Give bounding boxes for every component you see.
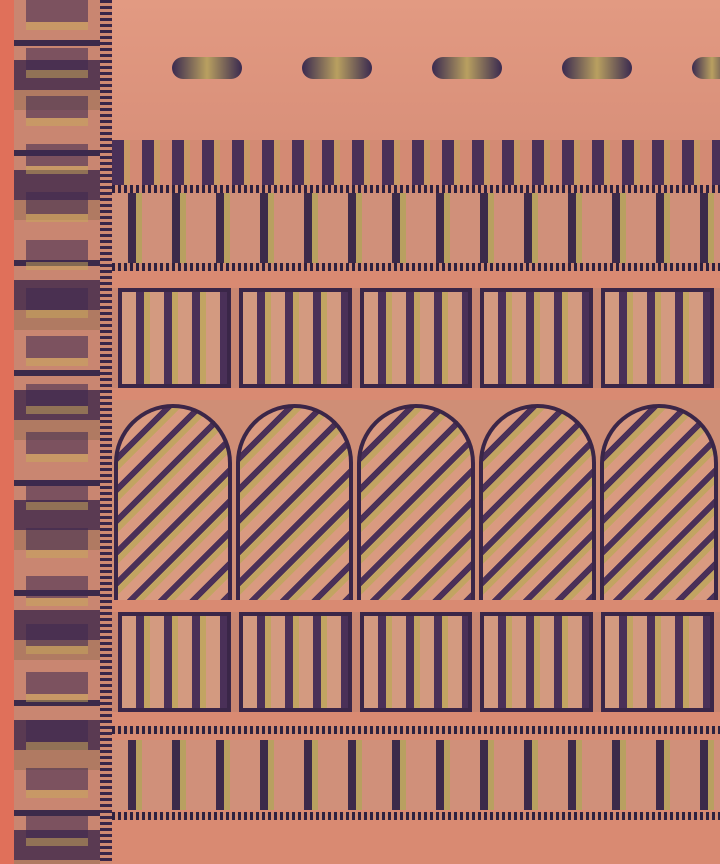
rule — [112, 812, 720, 820]
panel — [480, 612, 593, 712]
motif — [172, 57, 242, 79]
rule — [112, 726, 720, 734]
panel — [118, 288, 231, 388]
motif — [432, 57, 502, 79]
arch-scene — [600, 404, 718, 600]
panel-row-bottom — [112, 612, 720, 712]
panel — [239, 612, 352, 712]
panel-row-top — [112, 288, 720, 388]
arch-scene — [479, 404, 597, 600]
figure-row-top — [112, 193, 720, 263]
panel — [601, 288, 714, 388]
arch-scene — [114, 404, 232, 600]
rule — [112, 263, 720, 271]
rule — [112, 185, 720, 193]
arch-scene — [236, 404, 354, 600]
side-border-figures — [26, 0, 88, 864]
figure-row-bottom — [112, 740, 720, 810]
panel — [360, 612, 473, 712]
arch-scene — [357, 404, 475, 600]
side-border-teeth — [100, 0, 112, 864]
vine-border — [112, 140, 720, 185]
panel — [239, 288, 352, 388]
selvedge-edge — [0, 0, 14, 864]
motif — [562, 57, 632, 79]
panel — [480, 288, 593, 388]
motif — [692, 57, 720, 79]
panel — [601, 612, 714, 712]
motif — [302, 57, 372, 79]
panel — [360, 288, 473, 388]
panel — [118, 612, 231, 712]
arch-row — [112, 400, 720, 600]
plain-field-bottom — [112, 820, 720, 864]
